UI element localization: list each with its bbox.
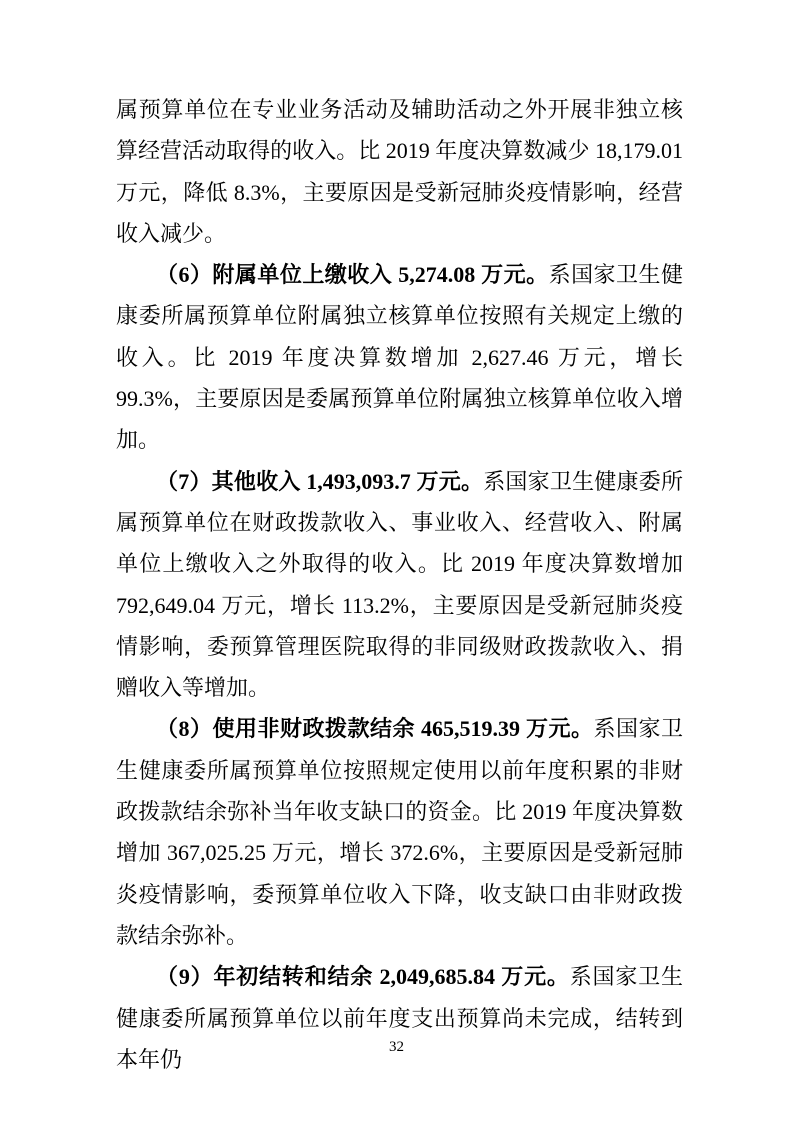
paragraph-item-8-heading: （8）使用非财政拨款结余 465,519.39 万元。 — [156, 716, 593, 741]
paragraph-item-6: （6）附属单位上缴收入 5,274.08 万元。系国家卫生健康委所属预算单位附属… — [116, 254, 683, 460]
paragraph-item-7: （7）其他收入 1,493,093.7 万元。系国家卫生健康委所属预算单位在财政… — [116, 461, 683, 709]
paragraph-item-8: （8）使用非财政拨款结余 465,519.39 万元。系国家卫生健康委所属预算单… — [116, 708, 683, 956]
paragraph-item-7-heading: （7）其他收入 1,493,093.7 万元。 — [156, 469, 483, 494]
document-page: 属预算单位在专业业务活动及辅助活动之外开展非独立核算经营活动取得的收入。比 20… — [0, 0, 793, 1122]
paragraph-item-8-text: 系国家卫生健康委所属预算单位按照规定使用以前年度积累的非财政拨款结余弥补当年收支… — [116, 716, 683, 947]
paragraph-item-6-text: 系国家卫生健康委所属预算单位附属独立核算单位按照有关规定上缴的收入。比 2019… — [116, 262, 683, 452]
paragraph-item-7-text: 系国家卫生健康委所属预算单位在财政拨款收入、事业收入、经营收入、附属单位上缴收入… — [116, 469, 683, 700]
paragraph-item-9-heading: （9）年初结转和结余 2,049,685.84 万元。 — [156, 964, 570, 989]
paragraph-continuation: 属预算单位在专业业务活动及辅助活动之外开展非独立核算经营活动取得的收入。比 20… — [116, 89, 683, 254]
document-body-text: 属预算单位在专业业务活动及辅助活动之外开展非独立核算经营活动取得的收入。比 20… — [116, 89, 683, 1080]
paragraph-continuation-text: 属预算单位在专业业务活动及辅助活动之外开展非独立核算经营活动取得的收入。比 20… — [116, 97, 683, 246]
paragraph-item-9: （9）年初结转和结余 2,049,685.84 万元。系国家卫生健康委所属预算单… — [116, 956, 683, 1080]
paragraph-item-6-heading: （6）附属单位上缴收入 5,274.08 万元。 — [156, 262, 549, 287]
page-number: 32 — [0, 1036, 793, 1058]
